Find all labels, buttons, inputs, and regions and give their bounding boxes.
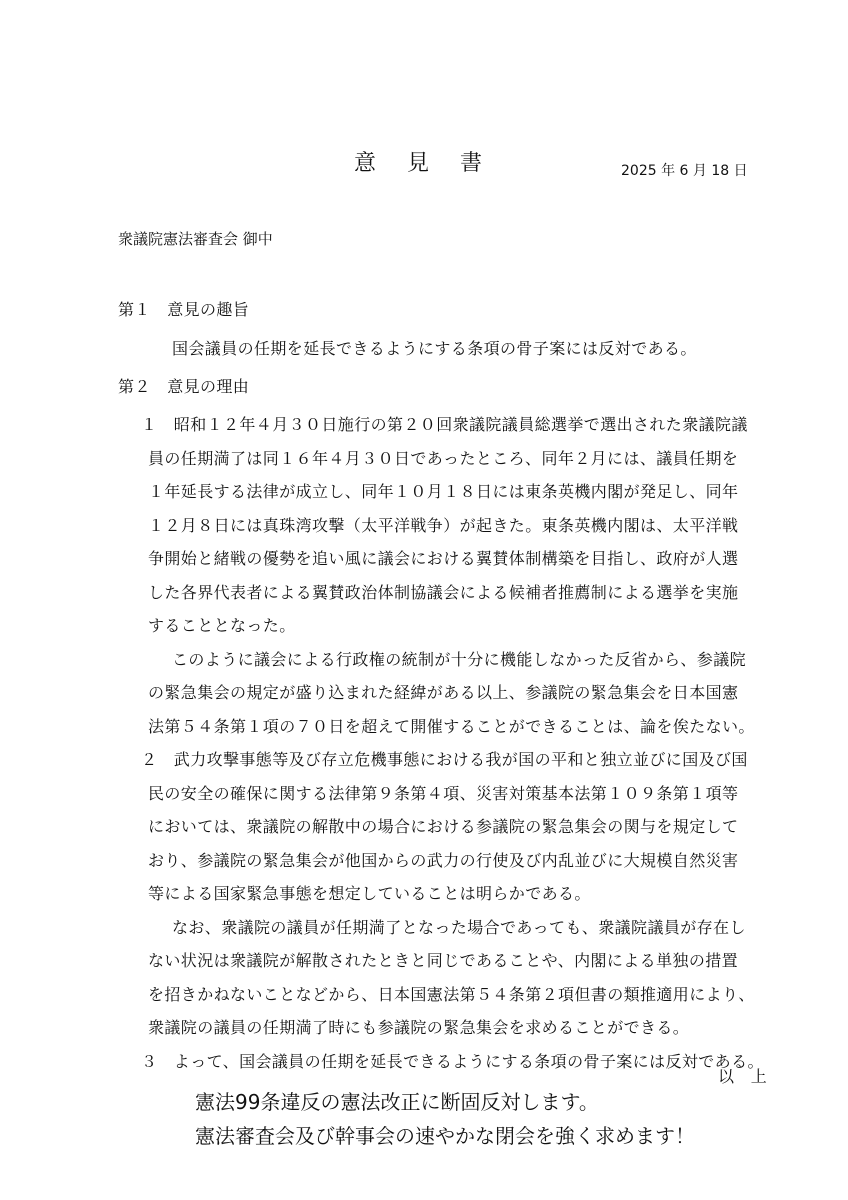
- reason-line: 等による国家緊急事態を想定していることは明らかである。: [148, 881, 591, 904]
- reason-line: を招きかねないことなどから、日本国憲法第５４条第２項但書の類推適用により、: [148, 982, 755, 1005]
- reason-line: の緊急集会の規定が盛り込まれた経緯がある以上、参議院の緊急集会を日本国憲: [148, 680, 738, 703]
- reason-line: 衆議院の議員の任期満了時にも参議院の緊急集会を求めることができる。: [148, 1015, 689, 1038]
- reason-line: ２ 武力攻撃事態等及び存立危機事態における我が国の平和と独立並びに国及び国: [141, 747, 748, 770]
- section2-heading: 第２ 意見の理由: [118, 374, 249, 397]
- reason-line: ない状況は衆議院が解散されたときと同じであることや、内閣による単独の措置: [148, 948, 738, 971]
- closing: 以 上: [718, 1064, 767, 1087]
- reason-line: なお、衆議院の議員が任期満了となった場合であっても、衆議院議員が存在し: [172, 915, 746, 938]
- reason-line: １ 昭和１２年４月３０日施行の第２０回衆議院議員総選挙で選出された衆議院議: [141, 412, 748, 435]
- reason-line: した各界代表者による翼賛政治体制協議会による候補者推薦制による選挙を実施: [148, 580, 738, 603]
- section1-body: 国会議員の任期を延長できるようにする条項の骨子案には反対である。: [172, 336, 697, 359]
- reason-line-conclusion: ３ よって、国会議員の任期を延長できるようにする条項の骨子案には反対である。: [141, 1049, 764, 1072]
- reason-line: 民の安全の確保に関する法律第９条第４項、災害対策基本法第１０９条第１項等: [148, 781, 738, 804]
- reason-line: おり、参議院の緊急集会が他国からの武力の行使及び内乱並びに大規模自然災害: [148, 848, 738, 871]
- reason-line: 員の任期満了は同１６年４月３０日であったところ、同年２月には、議員任期を: [148, 446, 738, 469]
- addressee: 衆議院憲法審査会 御中: [118, 228, 273, 249]
- reason-line: 法第５４条第１項の７０日を超えて開催することができることは、論を俟たない。: [148, 714, 755, 737]
- reason-line: １２月８日には真珠湾攻撃（太平洋戦争）が起きた。東条英機内閣は、太平洋戦: [148, 513, 738, 536]
- footer-statement-2: 憲法審査会及び幹事会の速やかな閉会を強く求めます！: [195, 1120, 695, 1149]
- section1-heading: 第１ 意見の趣旨: [118, 297, 249, 320]
- footer-statement-1: 憲法99条違反の憲法改正に断固反対します。: [195, 1086, 599, 1115]
- reason-line: このように議会による行政権の統制が十分に機能しなかった反省から、参議院: [172, 647, 746, 670]
- document-date: 2025 年 6 月 18 日: [621, 160, 748, 180]
- reason-line: においては、衆議院の解散中の場合における参議院の緊急集会の関与を規定して: [148, 814, 738, 837]
- reason-line: することとなった。: [148, 613, 296, 636]
- reason-line: 争開始と緒戦の優勢を追い風に議会における翼賛体制構築を目指し、政府が人選: [148, 546, 738, 569]
- reason-line: １年延長する法律が成立し、同年１０月１８日には東条英機内閣が発足し、同年: [148, 479, 738, 502]
